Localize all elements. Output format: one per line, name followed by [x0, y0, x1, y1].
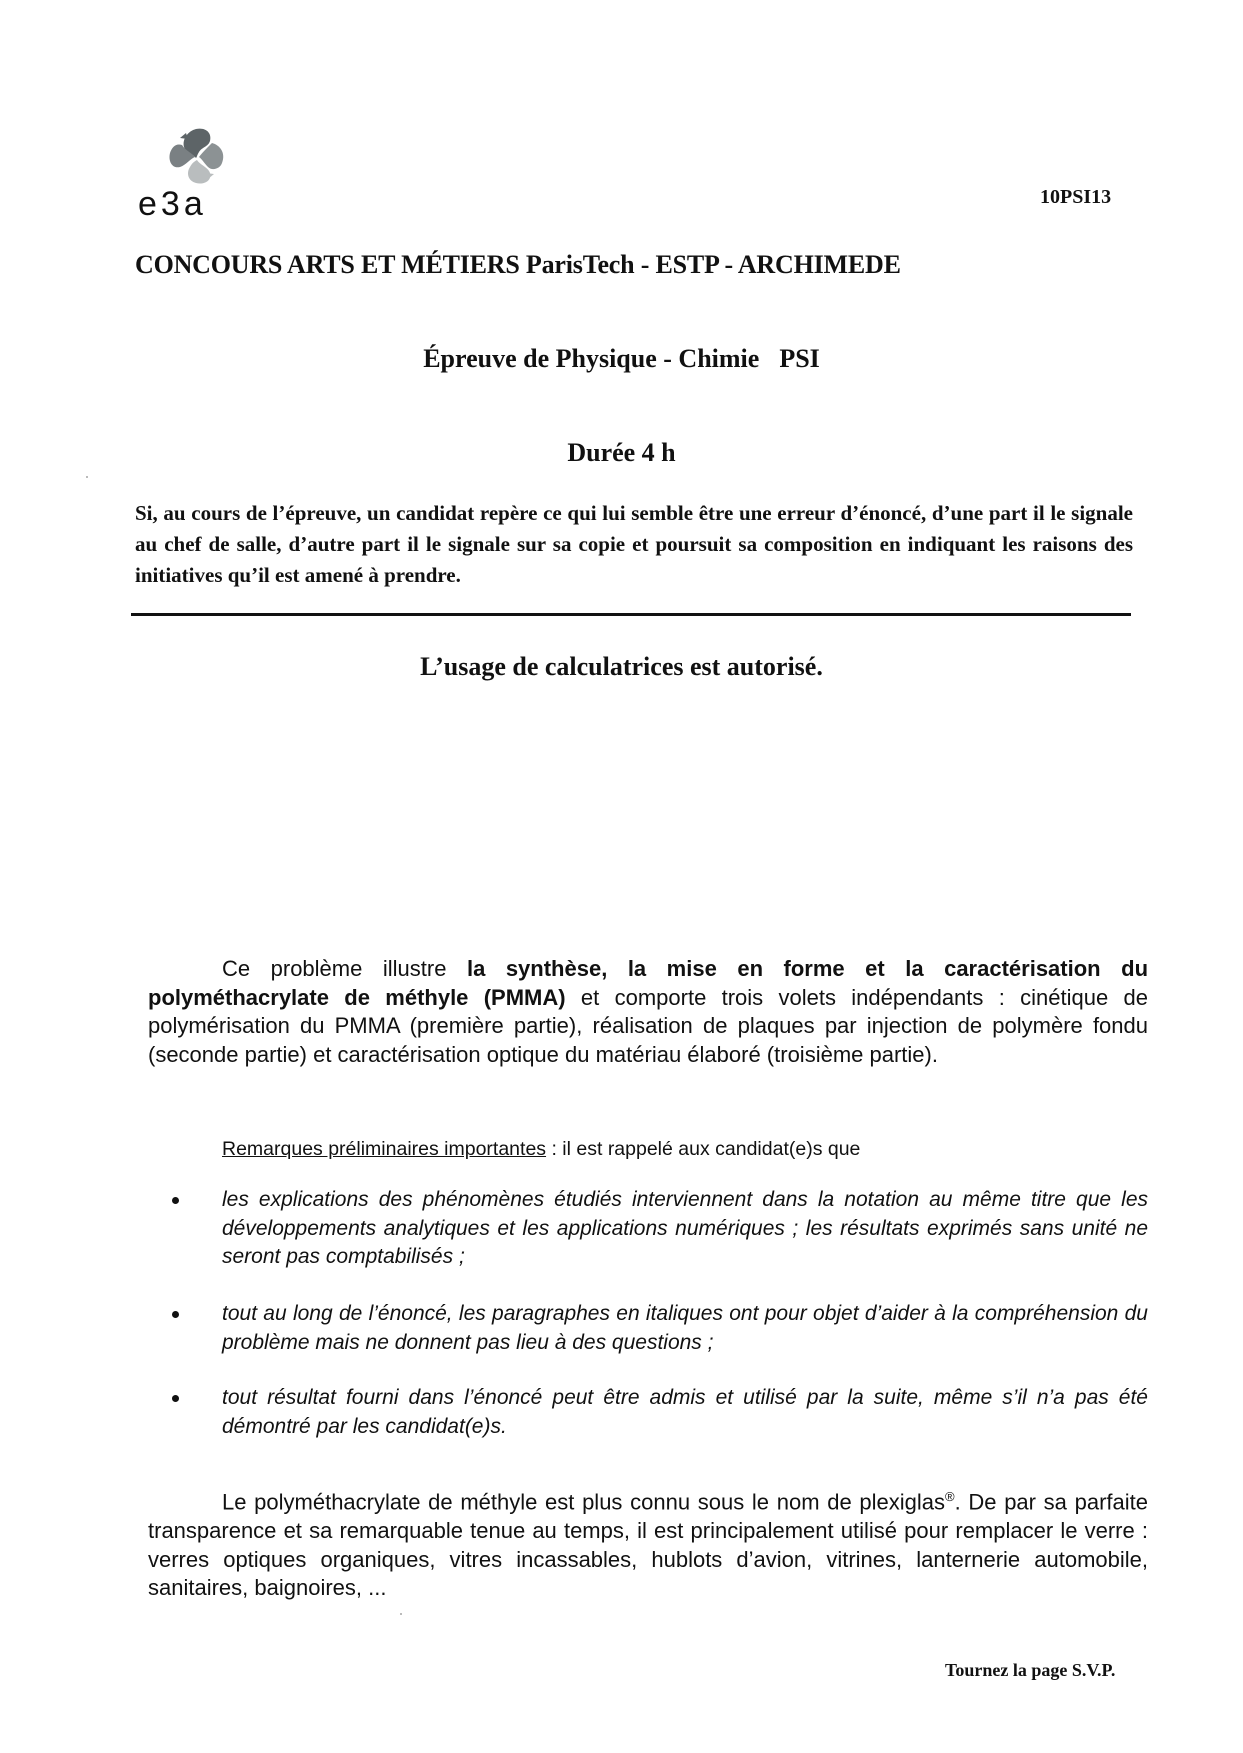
remarks-heading: Remarques préliminaires importantes: [222, 1138, 546, 1160]
remark-text: les explications des phénomènes étudiés …: [222, 1186, 1148, 1272]
e3a-logo: e3a: [138, 125, 258, 220]
error-warning-notice: Si, au cours de l’épreuve, un candidat r…: [135, 498, 1133, 591]
exam-subject-line: Épreuve de Physique - ChimiePSI: [0, 344, 1243, 374]
remark-text: tout résultat fourni dans l’énoncé peut …: [222, 1384, 1148, 1441]
intro-paragraph: Ce problème illustre la synthèse, la mis…: [148, 955, 1148, 1069]
outro-part1: Le polyméthacrylate de méthyle est plus …: [222, 1489, 945, 1514]
registered-mark: ®: [945, 1489, 955, 1504]
bullet-icon: [172, 1311, 179, 1318]
exam-reference-code: 10PSI13: [1040, 186, 1111, 209]
bullet-icon: [172, 1395, 179, 1402]
remarks-heading-line: Remarques préliminaires importantes : il…: [222, 1138, 860, 1161]
pmma-description-paragraph: Le polyméthacrylate de méthyle est plus …: [148, 1483, 1148, 1603]
scan-speck: [400, 1613, 402, 1615]
calculator-notice: L’usage de calculatrices est autorisé.: [0, 652, 1243, 682]
exam-subject: Épreuve de Physique - Chimie: [423, 344, 759, 373]
section-divider: [131, 613, 1131, 616]
turn-page-notice: Tournez la page S.V.P.: [945, 1660, 1115, 1681]
exam-track: PSI: [779, 344, 819, 373]
remarks-lead: : il est rappelé aux candidat(e)s que: [546, 1138, 860, 1160]
e3a-emblem-icon: [166, 125, 228, 187]
exam-duration: Durée 4 h: [0, 438, 1243, 468]
e3a-logo-text: e3a: [138, 187, 258, 221]
competition-title: CONCOURS ARTS ET MÉTIERS ParisTech - EST…: [135, 250, 901, 280]
intro-prefix: Ce problème illustre: [222, 956, 467, 981]
bullet-icon: [172, 1197, 179, 1204]
scan-speck: [86, 476, 88, 478]
remark-text: tout au long de l’énoncé, les paragraphe…: [222, 1300, 1148, 1357]
